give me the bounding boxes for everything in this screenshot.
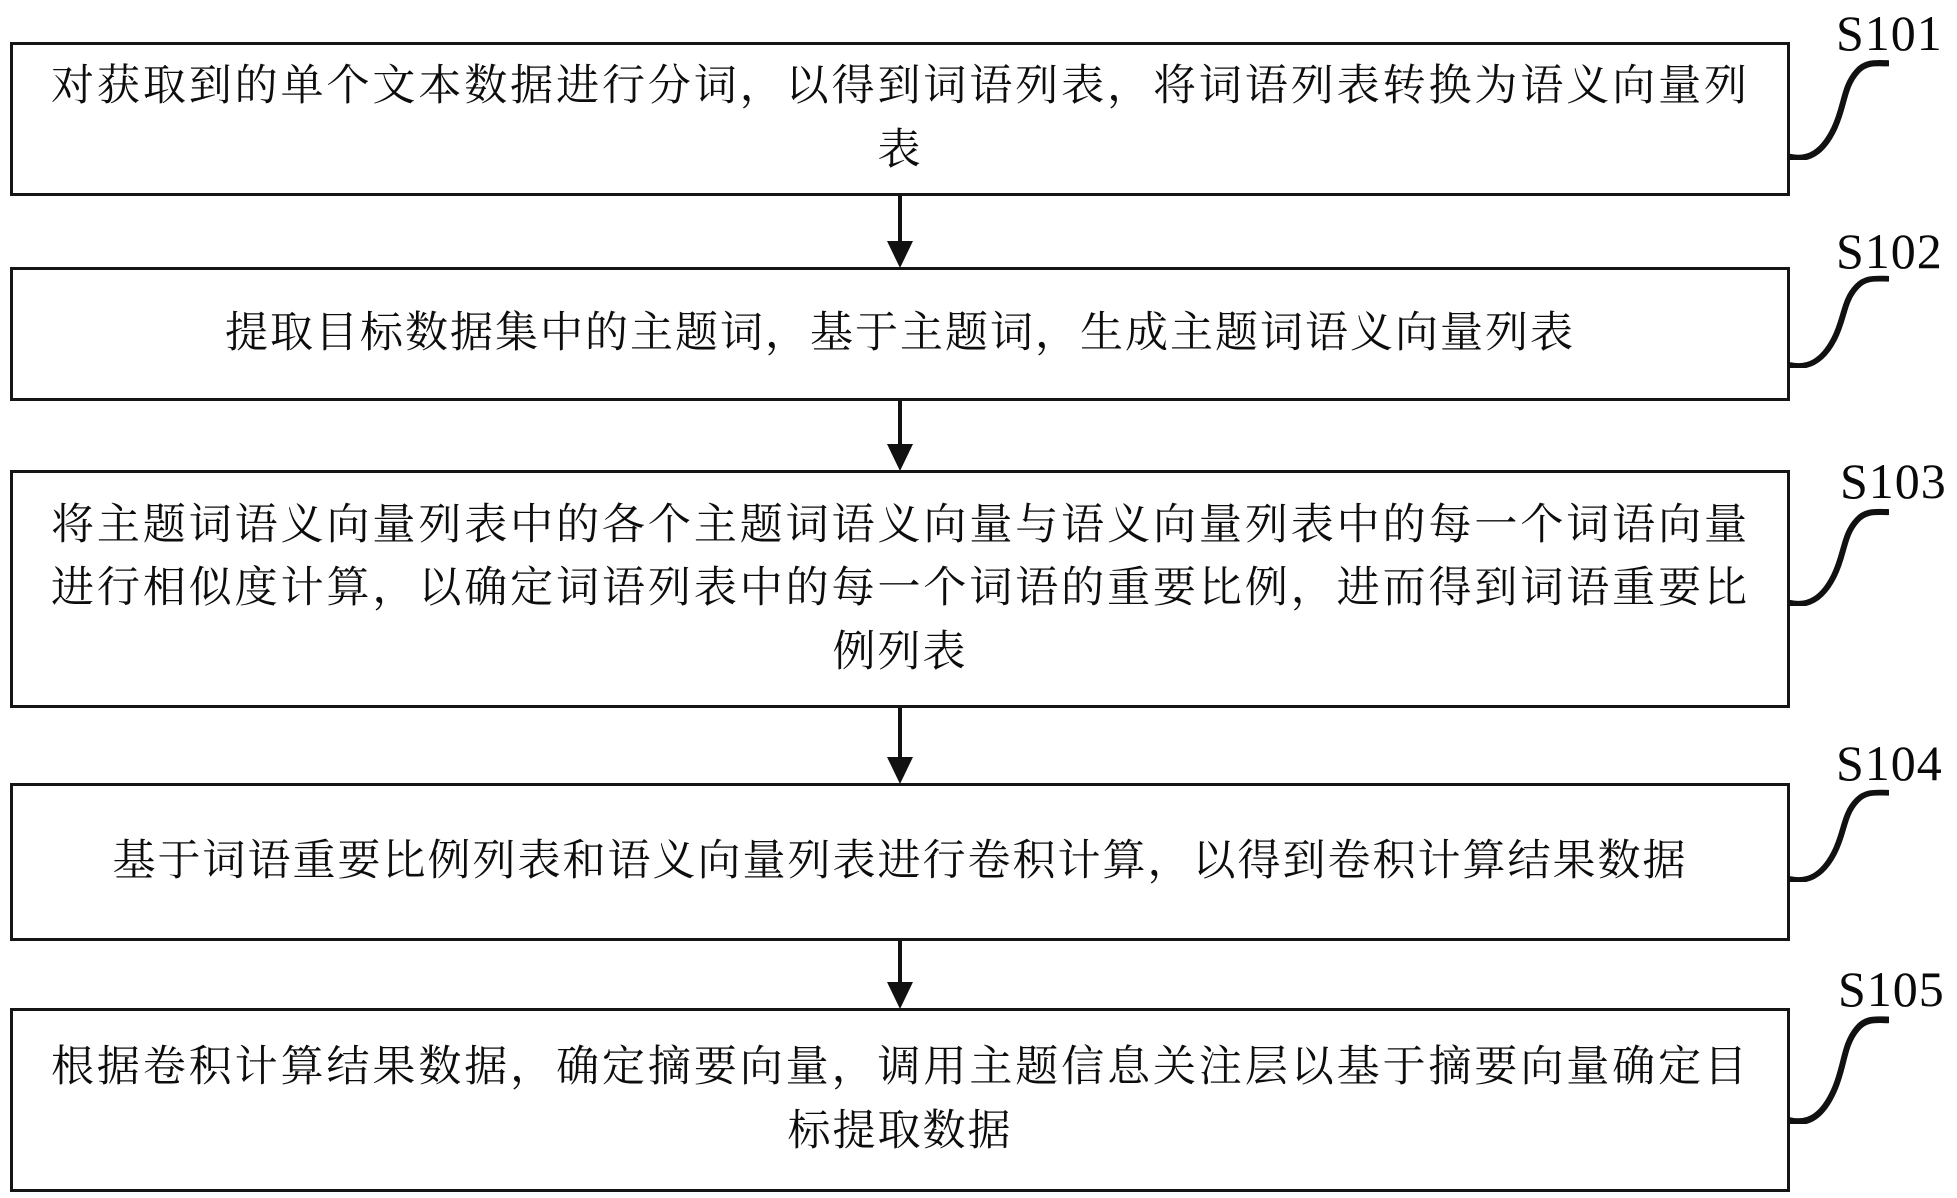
step-box-s104: 基于词语重要比例列表和语义向量列表进行卷积计算，以得到卷积计算结果数据 [10, 783, 1790, 941]
arrow-shaft [898, 941, 902, 982]
arrow-shaft [898, 401, 902, 444]
step-connector-curve-s105 [1789, 1012, 1889, 1124]
step-text-s104: 基于词语重要比例列表和语义向量列表进行卷积计算，以得到卷积计算结果数据 [51, 830, 1749, 894]
step-connector-curve-s102 [1789, 272, 1889, 368]
step-box-s101: 对获取到的单个文本数据进行分词，以得到词语列表，将词语列表转换为语义向量列表 [10, 42, 1790, 196]
step-connector-curve-s103 [1789, 505, 1889, 606]
step-label-s105: S105 [1838, 960, 1957, 1018]
flow-arrow-4 [886, 941, 914, 1009]
step-box-s102: 提取目标数据集中的主题词，基于主题词，生成主题词语义向量列表 [10, 267, 1790, 401]
step-label-s101: S101 [1836, 4, 1957, 62]
arrow-down-icon [887, 241, 913, 268]
step-text-s103: 将主题词语义向量列表中的各个主题词语义向量与语义向量列表中的每一个词语向量进行相… [51, 494, 1749, 685]
step-connector-curve-s104 [1789, 786, 1889, 882]
step-text-s105: 根据卷积计算结果数据，确定摘要向量，调用主题信息关注层以基于摘要向量确定目标提取… [51, 1036, 1749, 1163]
arrow-down-icon [887, 757, 913, 784]
flow-arrow-3 [886, 708, 914, 784]
flow-arrow-1 [886, 196, 914, 268]
arrow-shaft [898, 196, 902, 241]
step-text-s101: 对获取到的单个文本数据进行分词，以得到词语列表，将词语列表转换为语义向量列表 [51, 55, 1749, 182]
flowchart-figure: 对获取到的单个文本数据进行分词，以得到词语列表，将词语列表转换为语义向量列表 提… [0, 0, 1957, 1198]
arrow-down-icon [887, 982, 913, 1009]
step-connector-curve-s101 [1789, 56, 1889, 160]
step-box-s105: 根据卷积计算结果数据，确定摘要向量，调用主题信息关注层以基于摘要向量确定目标提取… [10, 1008, 1790, 1192]
step-label-s103: S103 [1840, 452, 1957, 510]
step-label-s104: S104 [1836, 734, 1957, 792]
arrow-down-icon [887, 444, 913, 471]
step-text-s102: 提取目标数据集中的主题词，基于主题词，生成主题词语义向量列表 [51, 302, 1749, 366]
flow-arrow-2 [886, 401, 914, 471]
step-box-s103: 将主题词语义向量列表中的各个主题词语义向量与语义向量列表中的每一个词语向量进行相… [10, 470, 1790, 708]
arrow-shaft [898, 708, 902, 757]
